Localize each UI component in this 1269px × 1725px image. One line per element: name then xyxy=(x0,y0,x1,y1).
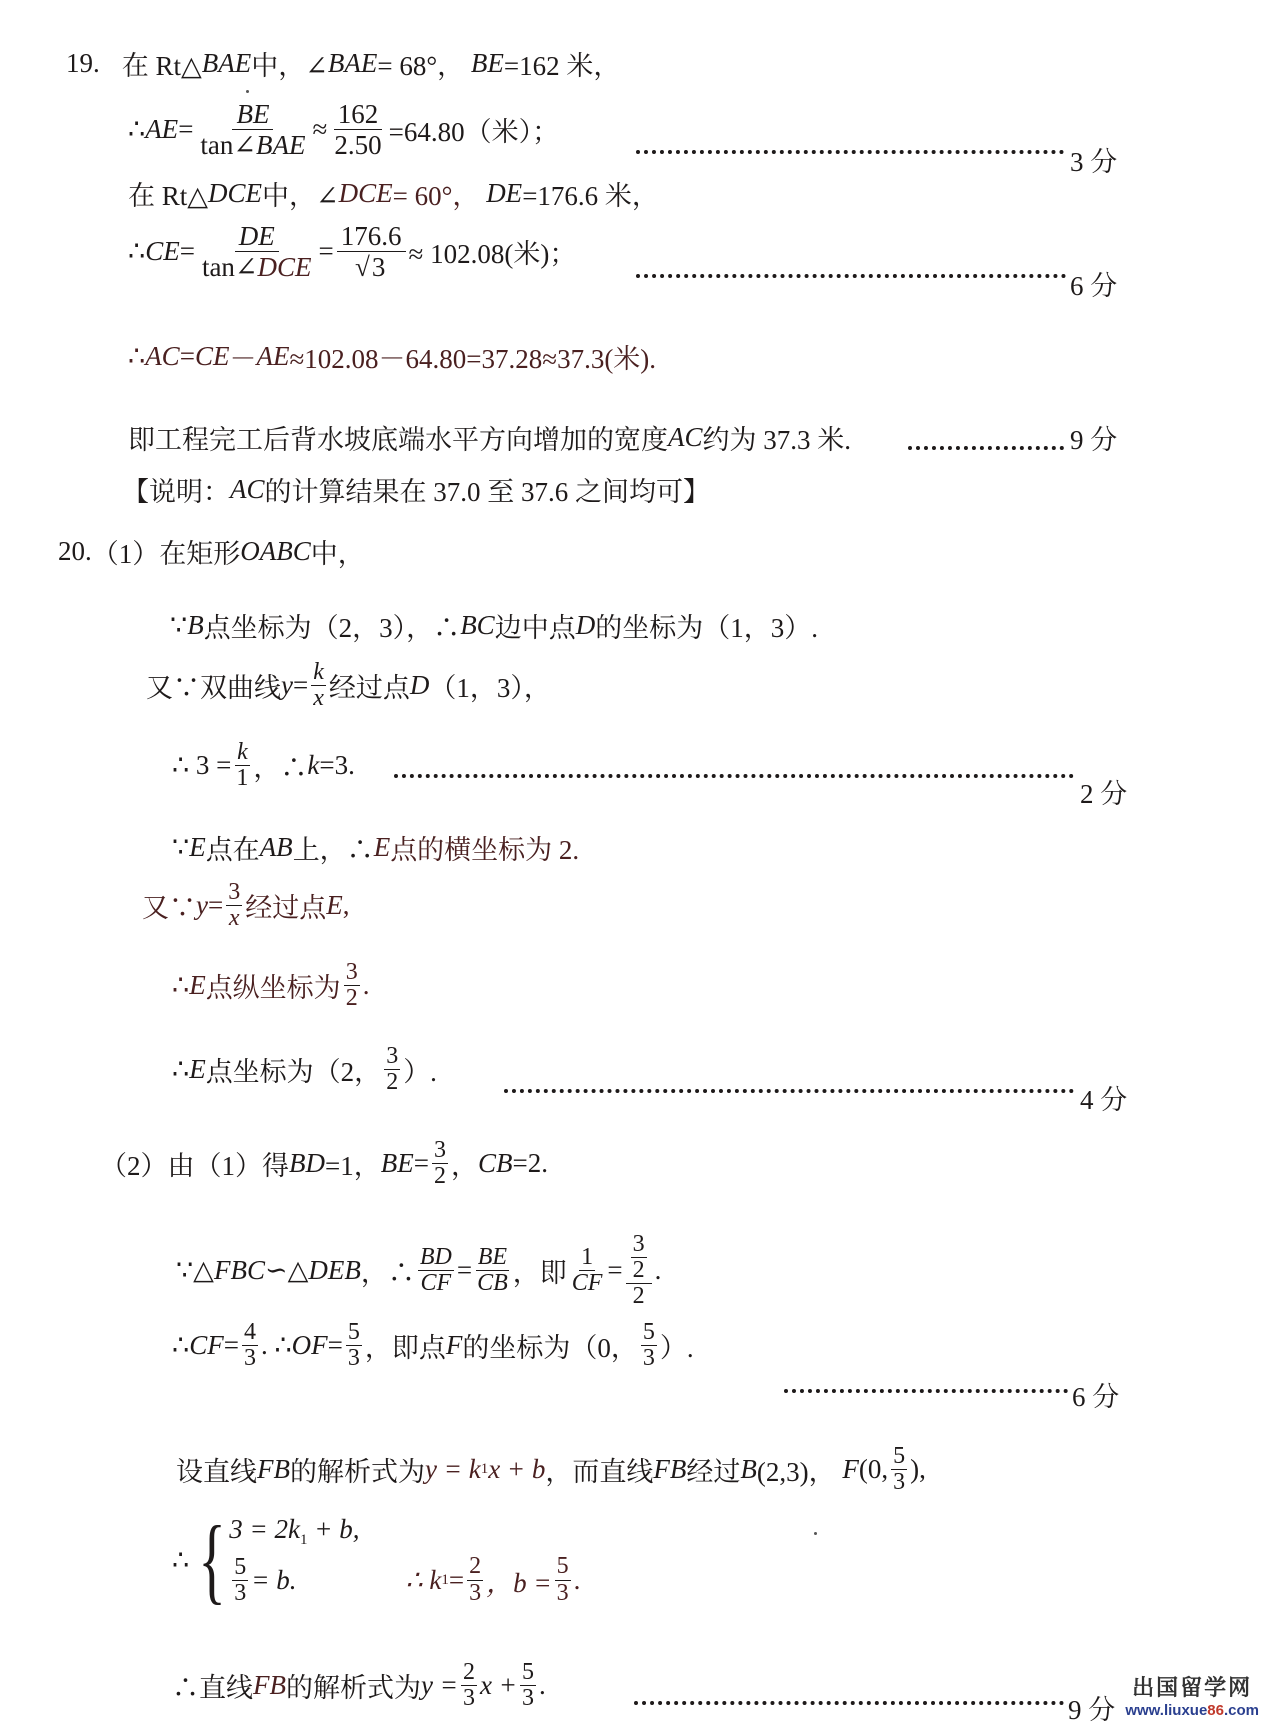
fraction: 32 xyxy=(432,1138,448,1189)
fraction: 53 xyxy=(232,1555,248,1606)
score-label: 9 分 xyxy=(1070,418,1117,457)
fraction: 3x xyxy=(226,880,242,931)
p20-part2-line-1: （2）由（1）得 BD=1，BE= 32 ，CB=2. xyxy=(100,1138,548,1189)
p19-line-6: 即工程完工后背水坡底端水平方向增加的宽度 AC 约为 37.3 米. xyxy=(128,418,851,457)
fraction: 53 xyxy=(555,1554,571,1605)
fraction: 53 xyxy=(641,1320,657,1371)
p20-part2-line-3: ∴CF= 43 . ∴OF= 53 ，即点 F 的坐标为（0， 53 ）. xyxy=(172,1320,694,1371)
fraction: 23 xyxy=(461,1660,477,1711)
leader-dots xyxy=(394,770,1074,778)
score-label: 3 分 xyxy=(1070,140,1117,179)
problem-number: 20. xyxy=(58,536,92,567)
p20-part2-line-2: ∵△FBC∽△DEB，∴ BDCF = BECB ，即 1CF = 322 . xyxy=(176,1232,661,1310)
fraction: BECB xyxy=(475,1245,510,1296)
watermark-name: 出国留学网 xyxy=(1125,1671,1259,1702)
fraction: BEtan∠BAE xyxy=(196,100,309,160)
fraction: 43 xyxy=(242,1320,258,1371)
fraction: 53 xyxy=(520,1660,536,1711)
leader-dots xyxy=(636,146,1064,154)
p19-note: 【说明：AC 的计算结果在 37.0 至 37.6 之间均可】 xyxy=(122,470,710,509)
p20-line-1: 20.（1）在矩形 OABC 中， xyxy=(58,532,365,571)
p20-part2-line-6: ∴直线 FB 的解析式为 y = 23 x + 53 . xyxy=(172,1660,546,1711)
p20-line-6: 又∵ y = 3x 经过点 E, xyxy=(142,880,349,931)
equation-system: 3 = 2k1 + b, 53 = b. xyxy=(229,1514,359,1606)
p20-line-5: ∵E 点在 AB 上，∴E 点的横坐标为 2. xyxy=(172,828,579,867)
score-label: 4 分 xyxy=(1080,1078,1127,1117)
p19-line-5: ∴AC=CE－AE≈102.08－64.80=37.28≈37.3(米). xyxy=(128,337,656,376)
scan-speck xyxy=(246,90,249,93)
p20-line-2: ∵B 点坐标为（2，3），∴BC 边中点 D 的坐标为（1，3）. xyxy=(170,606,818,645)
fraction: DEtan∠DCE xyxy=(198,222,316,282)
score-label: 6 分 xyxy=(1070,264,1117,303)
left-brace: { xyxy=(198,1512,226,1608)
p20-part2-line-4: 设直线 FB 的解析式为 y = k1x + b，而直线 FB 经过 B(2,3… xyxy=(176,1444,926,1495)
p20-line-7: ∴E 点纵坐标为 32 . xyxy=(172,960,369,1011)
fraction: kx xyxy=(311,660,326,711)
fraction: 53 xyxy=(891,1444,907,1495)
leader-dots xyxy=(908,442,1064,450)
p20-line-8: ∴E 点坐标为（2， 32 ）. xyxy=(172,1044,437,1095)
p19-line-3: 在 Rt△DCE 中，∠DCE = 60°， DE=176.6 米， xyxy=(128,174,659,213)
fraction: 53 xyxy=(346,1320,362,1371)
fraction: BDCF xyxy=(418,1245,454,1296)
site-watermark: 出国留学网 www.liuxue86.com xyxy=(1125,1671,1259,1719)
fraction: 32 xyxy=(384,1044,400,1095)
problem-number: 19. xyxy=(66,48,100,79)
score-label: 6 分 xyxy=(1072,1375,1119,1414)
leader-dots xyxy=(634,1697,1064,1705)
nested-fraction: 322 xyxy=(626,1232,652,1310)
leader-dots xyxy=(784,1385,1068,1393)
fraction: 176.6√3 xyxy=(337,222,406,282)
sqrt-symbol: √3 xyxy=(355,253,387,281)
score-label: 9 分 xyxy=(1068,1688,1115,1725)
fraction: k1 xyxy=(234,740,250,791)
p20-part2-line-5: ∴ { 3 = 2k1 + b, 53 = b. ∴ k1 = 23 ，b = … xyxy=(172,1512,580,1608)
leader-dots xyxy=(636,270,1066,278)
fraction: 32 xyxy=(344,960,360,1011)
p20-line-3: 又∵双曲线 y = kx 经过点 D（1，3）， xyxy=(146,660,551,711)
p19-line-4: ∴ CE = DEtan∠DCE = 176.6√3 ≈ 102.08(米)； xyxy=(128,222,576,282)
fraction: 23 xyxy=(467,1554,483,1605)
fraction: 1CF xyxy=(570,1245,605,1296)
scan-speck xyxy=(814,1532,817,1535)
watermark-url: www.liuxue86.com xyxy=(1125,1702,1259,1719)
p20-line-4: ∴ 3 = k1 ，∴k=3. xyxy=(172,740,355,791)
score-label: 2 分 xyxy=(1080,772,1127,811)
p19-line-2: ∴ AE = BEtan∠BAE ≈ 1622.50 =64.80（米）； xyxy=(128,100,559,160)
fraction: 1622.50 xyxy=(330,100,385,160)
leader-dots xyxy=(504,1085,1074,1093)
p19-line-1: 19. 在 Rt△BAE 中，∠BAE = 68°， BE=162 米， xyxy=(66,44,620,83)
